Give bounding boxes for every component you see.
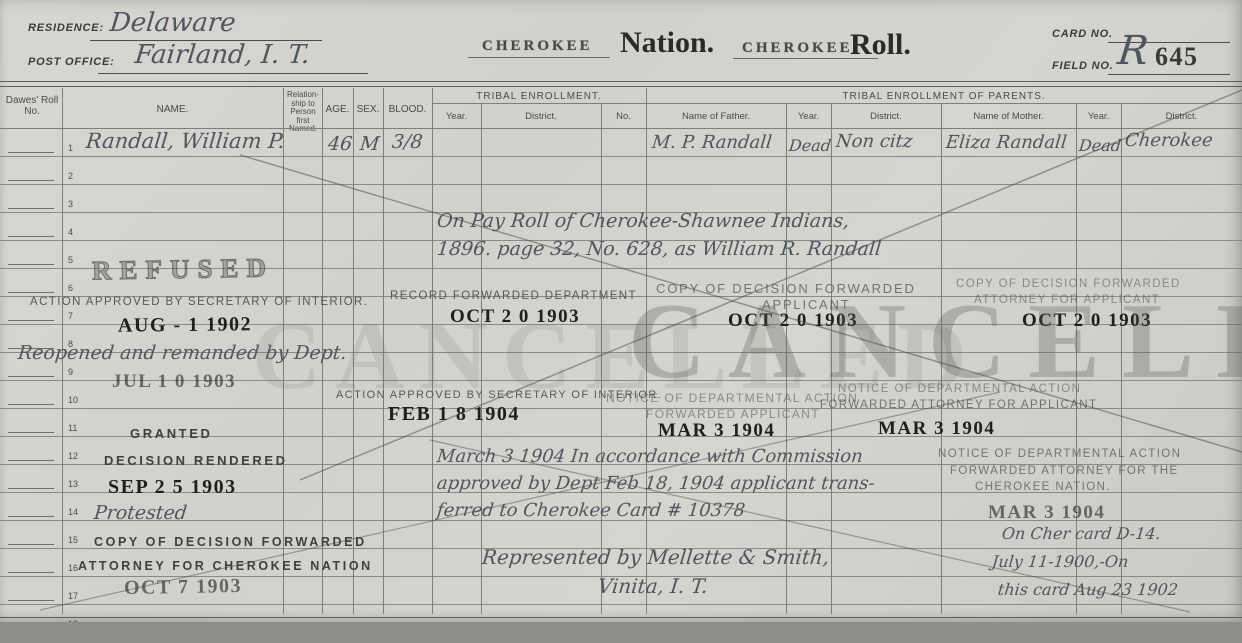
residence-value: Delaware — [108, 8, 237, 38]
card-no-label: CARD NO. — [1052, 28, 1113, 40]
transfer-note-line2: approved by Dept Feb 18, 1904 applicant … — [436, 473, 876, 494]
col-age: AGE. — [322, 104, 353, 115]
copy-attorney-line2: ATTORNEY FOR APPLICANT — [974, 294, 1160, 306]
col-parents: TRIBAL ENROLLMENT OF PARENTS. — [646, 91, 1242, 102]
protested-note: Protested — [93, 502, 188, 524]
residence-label: RESIDENCE: — [28, 22, 104, 34]
col-district-1: District. — [481, 111, 601, 122]
payroll-note-line2: 1896. page 32, No. 628, as William R. Ra… — [436, 238, 882, 260]
reopened-note: Reopened and remanded by Dept. — [17, 342, 348, 364]
copy-applicant-line1: COPY OF DECISION FORWARDED — [656, 281, 916, 296]
row1-father: M. P. Randall — [651, 132, 773, 153]
row-number: 6 — [68, 283, 73, 293]
row1-blood: 3/8 — [391, 131, 424, 153]
col-mother-district: District. — [1121, 111, 1242, 122]
transfer-note-line1: March 3 1904 In accordance with Commissi… — [436, 446, 864, 467]
column-divider — [601, 103, 602, 614]
row-number: 9 — [68, 367, 73, 377]
copy-decision-line2: ATTORNEY FOR CHEROKEE NATION — [78, 559, 373, 573]
row-number: 5 — [68, 255, 73, 265]
record-forwarded-label: RECORD FORWARDED DEPARTMENT — [390, 290, 637, 302]
record-forwarded-date: OCT 2 0 1903 — [450, 306, 580, 328]
notice-cherokee-line3: CHEROKEE NATION. — [975, 481, 1111, 493]
table-row: 2 — [0, 157, 1242, 185]
col-sex: SEX. — [353, 104, 383, 115]
col-father-district: District. — [831, 111, 941, 122]
column-divider — [786, 103, 787, 614]
post-office-label: POST OFFICE: — [28, 56, 115, 68]
row1-sex: M — [359, 133, 381, 155]
header-rule — [0, 81, 1242, 87]
row-number: 3 — [68, 199, 73, 209]
enrollment-card: RESIDENCE: Delaware POST OFFICE: Fairlan… — [0, 0, 1242, 622]
field-no-label: FIELD NO. — [1052, 60, 1114, 72]
row-number: 11 — [68, 423, 77, 433]
col-mother: Name of Mother. — [941, 111, 1076, 122]
nation-stamp: CHEROKEE — [482, 38, 593, 55]
decision-rendered-stamp: DECISION RENDERED — [104, 453, 288, 468]
notice-attorney-line1: NOTICE OF DEPARTMENTAL ACTION — [838, 383, 1081, 395]
row1-mother: Eliza Randall — [945, 132, 1068, 153]
column-divider — [383, 88, 384, 614]
row-number: 10 — [68, 395, 78, 405]
copy-decision-date: OCT 7 1903 — [124, 575, 242, 600]
row-number: 18 — [68, 619, 78, 622]
row-number: 4 — [68, 227, 73, 237]
refused-stamp: REFUSED — [92, 252, 275, 286]
row1-mother-year: Dead — [1078, 136, 1122, 155]
transfer-note-line3: ferred to Cherokee Card # 10378 — [436, 500, 746, 521]
notice-attorney-line2: FORWARDED ATTORNEY FOR APPLICANT — [820, 399, 1097, 411]
cher-card-note-line2: July 11-1900,-On — [991, 552, 1129, 571]
notice-cherokee-line1: NOTICE OF DEPARTMENTAL ACTION — [938, 448, 1181, 460]
action-approved-label: ACTION APPROVED BY SECRETARY OF INTERIOR… — [30, 296, 368, 308]
roll-stamp: CHEROKEE — [742, 40, 853, 57]
field-no-script: R — [1116, 28, 1151, 74]
tribal-enrollment-divider — [432, 103, 646, 104]
col-father: Name of Father. — [646, 111, 786, 122]
decision-rendered-date: SEP 2 5 1903 — [108, 476, 237, 499]
row-number: 2 — [68, 171, 73, 181]
action-approved2-date: FEB 1 8 1904 — [388, 403, 520, 426]
notice-cherokee-line2: FORWARDED ATTORNEY FOR THE — [950, 465, 1179, 477]
represented-line2: Vinita, I. T. — [597, 574, 709, 598]
field-no-number: 645 — [1155, 42, 1199, 72]
table-row: 3 — [0, 185, 1242, 213]
nation-word: Nation. — [620, 26, 714, 60]
copy-attorney-date: OCT 2 0 1903 — [1022, 310, 1152, 332]
represented-line1: Represented by Mellette & Smith, — [481, 545, 831, 569]
table-row: 18 — [0, 605, 1242, 622]
col-father-year: Year. — [786, 111, 831, 122]
copy-decision-line1: COPY OF DECISION FORWARDED — [94, 535, 367, 549]
col-name: NAME. — [62, 104, 283, 115]
post-office-line — [98, 73, 368, 74]
row-number: 12 — [68, 451, 78, 461]
row1-age: 46 — [327, 133, 353, 155]
row-number: 1 — [68, 143, 73, 153]
field-no-line — [1108, 74, 1230, 75]
col-no: No. — [601, 111, 646, 122]
notice-applicant-line2: FORWARDED APPLICANT — [646, 407, 820, 421]
copy-attorney-line1: COPY OF DECISION FORWARDED — [956, 278, 1181, 290]
notice-applicant-date: MAR 3 1904 — [658, 420, 775, 442]
notice-attorney-date: MAR 3 1904 — [878, 418, 995, 440]
col-year-1: Year. — [432, 111, 481, 122]
post-office-value: Fairland, I. T. — [133, 40, 311, 70]
row1-father-year: Dead — [788, 136, 832, 155]
granted-stamp: GRANTED — [130, 426, 212, 441]
reopened-date: JUL 1 0 1903 — [112, 371, 236, 393]
row1-mother-district: Cherokee — [1124, 130, 1214, 151]
notice-cherokee-date: MAR 3 1904 — [988, 502, 1105, 524]
row1-name: Randall, William P. — [85, 129, 286, 153]
nation-stamp-line — [468, 57, 610, 58]
row-number: 16 — [68, 563, 78, 573]
row-number: 15 — [68, 535, 78, 545]
row-number: 14 — [68, 507, 78, 517]
column-divider — [646, 88, 647, 614]
col-tribal-enrollment: TRIBAL ENROLLMENT. — [432, 91, 646, 102]
payroll-note-line1: On Pay Roll of Cherokee-Shawnee Indians, — [436, 210, 851, 232]
parents-divider — [646, 103, 1242, 104]
col-dawes-roll-no: Dawes' Roll No. — [4, 95, 60, 117]
col-mother-year: Year. — [1076, 111, 1121, 122]
column-divider — [831, 103, 832, 614]
cher-card-note-line3: this card Aug 23 1902 — [997, 580, 1179, 599]
bottom-rule — [0, 617, 1242, 618]
action-approved-date: AUG - 1 1902 — [118, 313, 252, 337]
row-number: 13 — [68, 479, 78, 489]
row1-father-district: Non citz — [835, 131, 914, 152]
row-number: 17 — [68, 591, 78, 601]
column-divider — [432, 88, 433, 614]
row-number: 7 — [68, 311, 73, 321]
cher-card-note-line1: On Cher card D-14. — [1001, 524, 1162, 543]
column-divider — [941, 103, 942, 614]
copy-applicant-date: OCT 2 0 1903 — [728, 310, 858, 332]
column-divider — [481, 103, 482, 614]
roll-word: Roll. — [850, 28, 911, 62]
col-blood: BLOOD. — [383, 104, 432, 115]
